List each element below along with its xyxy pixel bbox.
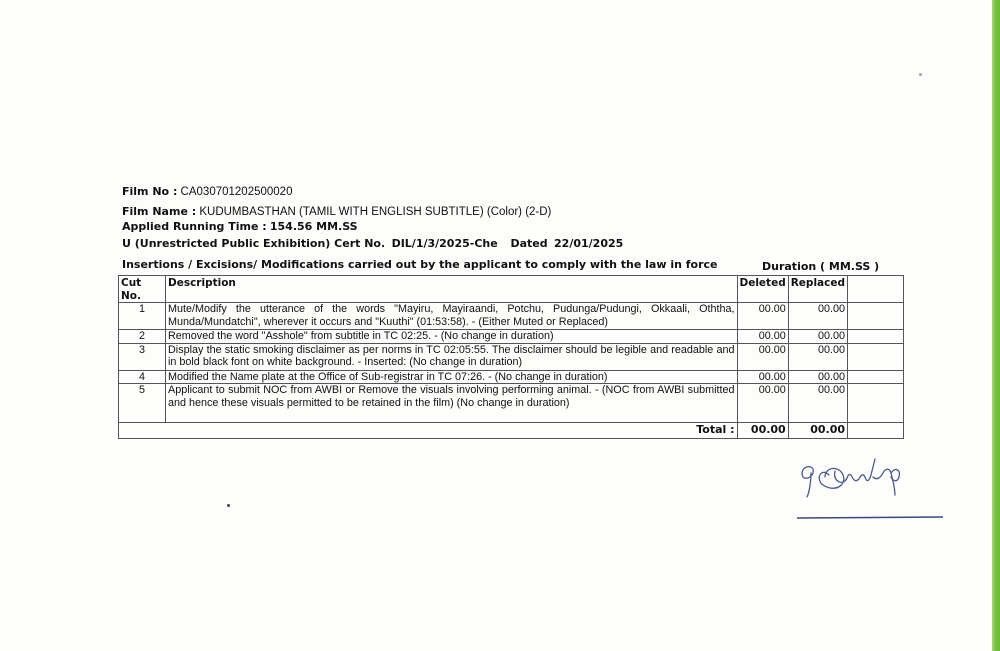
- blank-cell: [848, 343, 904, 370]
- replaced-cell: 00.00: [788, 330, 847, 344]
- cut-no-cell: 2: [119, 330, 166, 344]
- cut-no-cell: 5: [119, 384, 166, 423]
- header-description: Description: [166, 276, 738, 303]
- film-no-line: Film No : CA030701202500020: [122, 185, 292, 198]
- total-replaced: 00.00: [788, 423, 847, 439]
- cut-no-cell: 4: [119, 370, 166, 384]
- duration-heading: Duration ( MM.SS ): [762, 260, 879, 273]
- description-cell: Modified the Name plate at the Office of…: [166, 370, 738, 384]
- table-row: 5 Applicant to submit NOC from AWBI or R…: [119, 384, 904, 423]
- description-cell: Mute/Modify the utterance of the words "…: [166, 303, 738, 330]
- running-time-label: Applied Running Time :: [122, 220, 267, 233]
- certificate-line: U (Unrestricted Public Exhibition) Cert …: [122, 237, 623, 250]
- replaced-cell: 00.00: [788, 343, 847, 370]
- total-label: Total :: [119, 423, 738, 439]
- film-name-line: Film Name : KUDUMBASTHAN (TAMIL WITH ENG…: [122, 205, 551, 218]
- running-time-value: 154.56 MM.SS: [270, 220, 358, 233]
- dated-value: 22/01/2025: [554, 237, 623, 250]
- cut-no-cell: 3: [119, 343, 166, 370]
- total-row: Total : 00.00 00.00: [119, 423, 904, 439]
- description-cell: Display the static smoking disclaimer as…: [166, 343, 738, 370]
- header-deleted: Deleted: [737, 276, 788, 303]
- total-deleted: 00.00: [737, 423, 788, 439]
- film-no-value: CA030701202500020: [181, 186, 293, 198]
- total-blank-cell: [848, 423, 904, 439]
- modifications-table: Cut No. Description Deleted Replaced 1 M…: [118, 275, 904, 439]
- cert-no-value: DIL/1/3/2025-Che: [392, 237, 498, 250]
- table-row: 1 Mute/Modify the utterance of the words…: [119, 303, 904, 330]
- dated-label: Dated: [510, 237, 547, 250]
- scan-speck: [227, 504, 230, 507]
- running-time-line: Applied Running Time : 154.56 MM.SS: [122, 220, 358, 233]
- blank-cell: [848, 370, 904, 384]
- deleted-cell: 00.00: [737, 384, 788, 423]
- deleted-cell: 00.00: [737, 370, 788, 384]
- table-row: 2 Removed the word "Asshole" from subtit…: [119, 330, 904, 344]
- scan-speck: [919, 73, 922, 76]
- green-page-edge: [992, 0, 1000, 651]
- header-replaced: Replaced: [788, 276, 847, 303]
- deleted-cell: 00.00: [737, 343, 788, 370]
- table-row: 3 Display the static smoking disclaimer …: [119, 343, 904, 370]
- film-name-value: KUDUMBASTHAN (TAMIL WITH ENGLISH SUBTITL…: [199, 206, 551, 218]
- blank-cell: [848, 330, 904, 344]
- blank-cell: [848, 384, 904, 423]
- cut-no-cell: 1: [119, 303, 166, 330]
- header-cut-no: Cut No.: [119, 276, 166, 303]
- replaced-cell: 00.00: [788, 370, 847, 384]
- description-cell: Removed the word "Asshole" from subtitle…: [166, 330, 738, 344]
- table-row: 4 Modified the Name plate at the Office …: [119, 370, 904, 384]
- deleted-cell: 00.00: [737, 303, 788, 330]
- table-header-row: Cut No. Description Deleted Replaced: [119, 276, 904, 303]
- film-name-label: Film Name :: [122, 205, 196, 218]
- blank-cell: [848, 303, 904, 330]
- header-blank: [848, 276, 904, 303]
- cert-label: U (Unrestricted Public Exhibition) Cert …: [122, 237, 385, 250]
- description-cell: Applicant to submit NOC from AWBI or Rem…: [166, 384, 738, 423]
- section-heading: Insertions / Excisions/ Modifications ca…: [122, 258, 718, 271]
- handwritten-signature-icon: [795, 455, 945, 525]
- replaced-cell: 00.00: [788, 384, 847, 423]
- replaced-cell: 00.00: [788, 303, 847, 330]
- deleted-cell: 00.00: [737, 330, 788, 344]
- film-no-label: Film No :: [122, 185, 177, 198]
